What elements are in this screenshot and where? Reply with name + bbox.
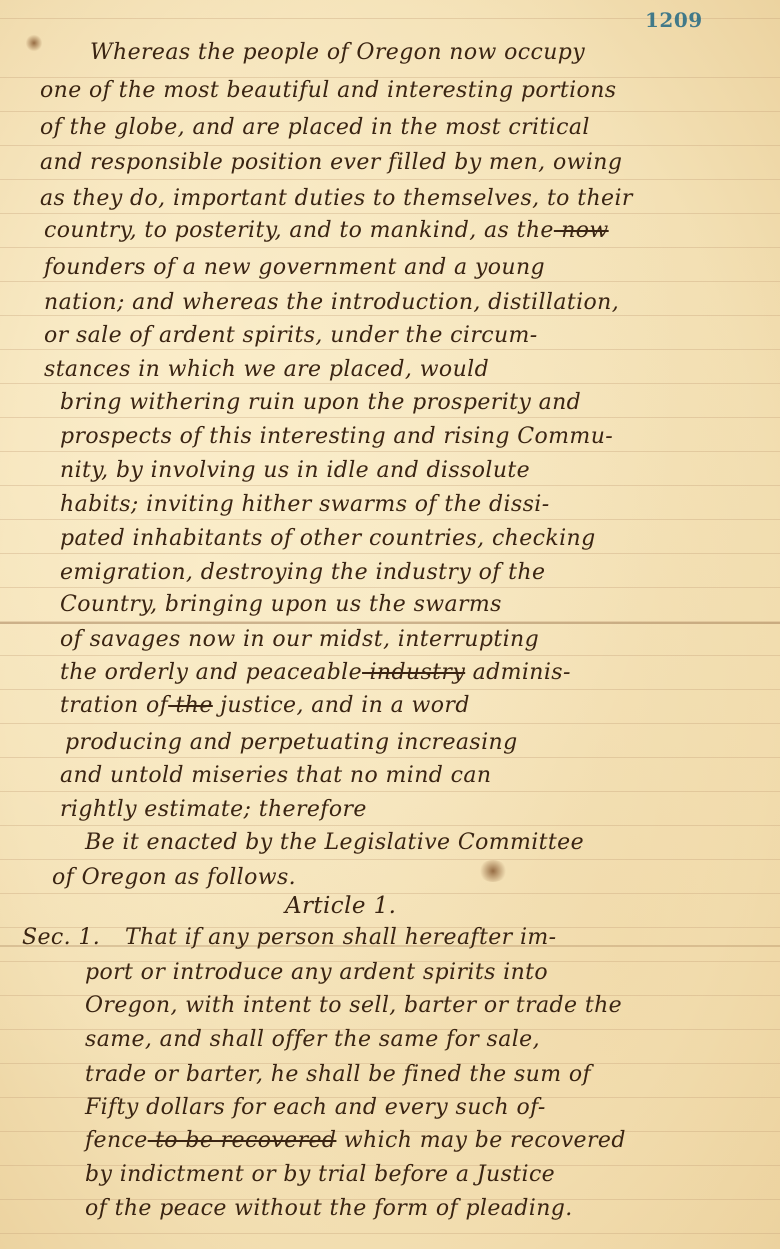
line-text-continued: adminis- xyxy=(465,660,571,685)
struck-through-text: industry xyxy=(362,660,465,685)
handwritten-line: Oregon, with intent to sell, barter or t… xyxy=(85,993,622,1018)
handwritten-line: one of the most beautiful and interestin… xyxy=(40,78,616,103)
line-text: Be it enacted by the Legislative Committ… xyxy=(85,830,584,855)
line-text: port or introduce any ardent spirits int… xyxy=(85,960,548,985)
handwritten-line: port or introduce any ardent spirits int… xyxy=(85,960,548,985)
struck-through-text: the xyxy=(168,693,213,718)
handwritten-line: of Oregon as follows. xyxy=(52,865,296,890)
article-heading: Article 1. xyxy=(285,893,396,919)
handwritten-line: prospects of this interesting and rising… xyxy=(60,424,613,449)
line-text: habits; inviting hither swarms of the di… xyxy=(60,492,550,517)
handwritten-line: the orderly and peaceable industry admin… xyxy=(60,660,571,685)
handwritten-line: country, to posterity, and to mankind, a… xyxy=(44,218,609,243)
handwritten-line: as they do, important duties to themselv… xyxy=(40,186,633,211)
handwritten-line: of the globe, and are placed in the most… xyxy=(40,115,590,140)
line-text: as they do, important duties to themselv… xyxy=(40,186,633,211)
line-text-continued: which may be recovered xyxy=(336,1128,625,1153)
line-text: rightly estimate; therefore xyxy=(60,797,367,822)
line-text: fence xyxy=(85,1128,148,1153)
handwritten-line: That if any person shall hereafter im- xyxy=(125,925,557,950)
handwritten-line: founders of a new government and a young xyxy=(44,255,545,280)
handwritten-line: Fifty dollars for each and every such of… xyxy=(85,1095,546,1120)
line-text: one of the most beautiful and interestin… xyxy=(40,78,616,103)
line-text: Whereas the people of Oregon now occupy xyxy=(90,40,585,65)
handwritten-line: stances in which we are placed, would xyxy=(44,357,489,382)
line-text: and responsible position ever filled by … xyxy=(40,150,622,175)
handwritten-line: pated inhabitants of other countries, ch… xyxy=(60,526,596,551)
handwritten-line: habits; inviting hither swarms of the di… xyxy=(60,492,550,517)
fold-crease xyxy=(0,622,780,624)
line-text: founders of a new government and a young xyxy=(44,255,545,280)
line-text: prospects of this interesting and rising… xyxy=(60,424,613,449)
handwritten-line: Whereas the people of Oregon now occupy xyxy=(90,40,585,65)
struck-through-text: now xyxy=(554,218,609,243)
line-text: of the peace without the form of pleadin… xyxy=(85,1196,573,1221)
line-text-continued: justice, and in a word xyxy=(213,693,470,718)
line-text: of the globe, and are placed in the most… xyxy=(40,115,590,140)
line-text: trade or barter, he shall be fined the s… xyxy=(85,1062,591,1087)
handwritten-line: emigration, destroying the industry of t… xyxy=(60,560,545,585)
handwritten-line: of savages now in our midst, interruptin… xyxy=(60,627,539,652)
line-text: emigration, destroying the industry of t… xyxy=(60,560,545,585)
line-text: producing and perpetuating increasing xyxy=(65,730,518,755)
section-label: Sec. 1. xyxy=(22,925,100,950)
ink-blot-stain xyxy=(478,860,508,882)
handwritten-line: same, and shall offer the same for sale, xyxy=(85,1027,540,1052)
handwritten-line: Country, bringing upon us the swarms xyxy=(60,592,502,617)
handwritten-line: nation; and whereas the introduction, di… xyxy=(44,290,619,315)
line-text: bring withering ruin upon the prosperity… xyxy=(60,390,581,415)
handwritten-line: Be it enacted by the Legislative Committ… xyxy=(85,830,584,855)
handwritten-line: and responsible position ever filled by … xyxy=(40,150,622,175)
line-text: or sale of ardent spirits, under the cir… xyxy=(44,323,538,348)
handwritten-line: or sale of ardent spirits, under the cir… xyxy=(44,323,538,348)
line-text: nation; and whereas the introduction, di… xyxy=(44,290,619,315)
ink-blot-stain xyxy=(26,34,42,52)
line-text: tration of xyxy=(60,693,168,718)
line-text: stances in which we are placed, would xyxy=(44,357,489,382)
line-text: nity, by involving us in idle and dissol… xyxy=(60,458,530,483)
line-text: That if any person shall hereafter im- xyxy=(125,925,557,950)
line-text: pated inhabitants of other countries, ch… xyxy=(60,526,596,551)
handwritten-line: nity, by involving us in idle and dissol… xyxy=(60,458,530,483)
line-text: by indictment or by trial before a Justi… xyxy=(85,1162,555,1187)
handwritten-line: fence to be recovered which may be recov… xyxy=(85,1128,626,1153)
line-text: of savages now in our midst, interruptin… xyxy=(60,627,539,652)
page-number-stamp: 1209 xyxy=(645,8,703,32)
line-text: Country, bringing upon us the swarms xyxy=(60,592,502,617)
handwritten-line: and untold miseries that no mind can xyxy=(60,763,491,788)
line-text: Fifty dollars for each and every such of… xyxy=(85,1095,546,1120)
handwritten-line: producing and perpetuating increasing xyxy=(65,730,518,755)
handwritten-line: by indictment or by trial before a Justi… xyxy=(85,1162,555,1187)
manuscript-page: 1209 Whereas the people of Oregon now oc… xyxy=(0,0,780,1249)
handwritten-line: bring withering ruin upon the prosperity… xyxy=(60,390,581,415)
line-text: Oregon, with intent to sell, barter or t… xyxy=(85,993,622,1018)
line-text: same, and shall offer the same for sale, xyxy=(85,1027,540,1052)
handwritten-line: tration of the justice, and in a word xyxy=(60,693,470,718)
line-text: and untold miseries that no mind can xyxy=(60,763,491,788)
handwritten-line: of the peace without the form of pleadin… xyxy=(85,1196,573,1221)
line-text: of Oregon as follows. xyxy=(52,865,296,890)
handwritten-line: trade or barter, he shall be fined the s… xyxy=(85,1062,591,1087)
line-text: the orderly and peaceable xyxy=(60,660,362,685)
line-text: country, to posterity, and to mankind, a… xyxy=(44,218,554,243)
handwritten-line: rightly estimate; therefore xyxy=(60,797,367,822)
struck-through-text: to be recovered xyxy=(148,1128,337,1153)
